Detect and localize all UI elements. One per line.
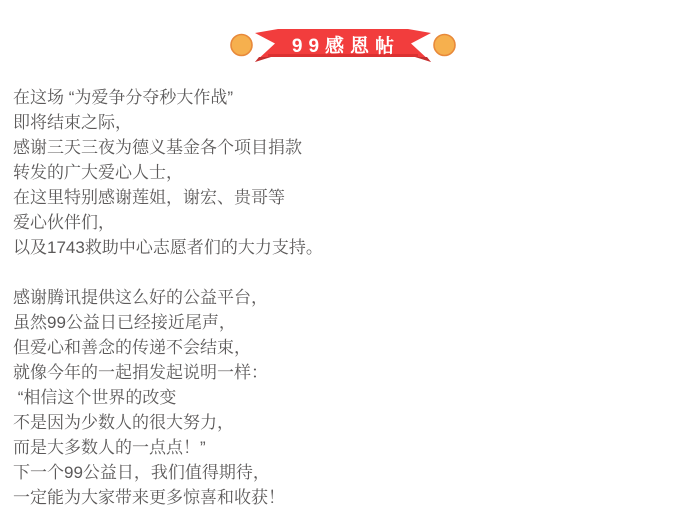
banner: 99感恩帖 (228, 26, 458, 68)
text-line: “相信这个世界的改变 (13, 385, 663, 410)
text-line: 虽然99公益日已经接近尾声， (13, 310, 663, 335)
article-page: 99感恩帖 在这场 “为爱争分夺秒大作战”即将结束之际，感谢三天三夜为德义基金各… (0, 0, 679, 529)
banner-ribbon-graphic: 99感恩帖 (228, 26, 458, 68)
text-line: 但爱心和善念的传递不会结束， (13, 335, 663, 360)
text-line: 以及1743救助中心志愿者们的大力支持。 (13, 235, 663, 260)
text-line: 转发的广大爱心人士， (13, 160, 663, 185)
text-line: 下一个99公益日，我们值得期待， (13, 460, 663, 485)
text-line: 而是大多数人的一点点！” (13, 435, 663, 460)
text-line: 在这场 “为爱争分夺秒大作战” (13, 85, 663, 110)
text-line: 爱心伙伴们， (13, 210, 663, 235)
text-line: 感谢三天三夜为德义基金各个项目捐款 (13, 135, 663, 160)
text-line: 就像今年的一起捐发起说明一样： (13, 360, 663, 385)
paragraph: 感谢腾讯提供这么好的公益平台，虽然99公益日已经接近尾声，但爱心和善念的传递不会… (13, 285, 663, 510)
banner-title: 99感恩帖 (292, 34, 400, 57)
coin-icon-right (434, 35, 455, 56)
ribbon-fold-right (415, 57, 431, 62)
text-line: 即将结束之际， (13, 110, 663, 135)
text-line: 在这里特别感谢莲姐，谢宏、贵哥等 (13, 185, 663, 210)
article-body: 在这场 “为爱争分夺秒大作战”即将结束之际，感谢三天三夜为德义基金各个项目捐款转… (13, 85, 663, 510)
paragraph: 在这场 “为爱争分夺秒大作战”即将结束之际，感谢三天三夜为德义基金各个项目捐款转… (13, 85, 663, 260)
text-line: 不是因为少数人的很大努力， (13, 410, 663, 435)
coin-icon-left (231, 35, 252, 56)
ribbon-fold-left (255, 57, 271, 62)
text-line: 一定能为大家带来更多惊喜和收获！ (13, 485, 663, 510)
text-line: 感谢腾讯提供这么好的公益平台， (13, 285, 663, 310)
